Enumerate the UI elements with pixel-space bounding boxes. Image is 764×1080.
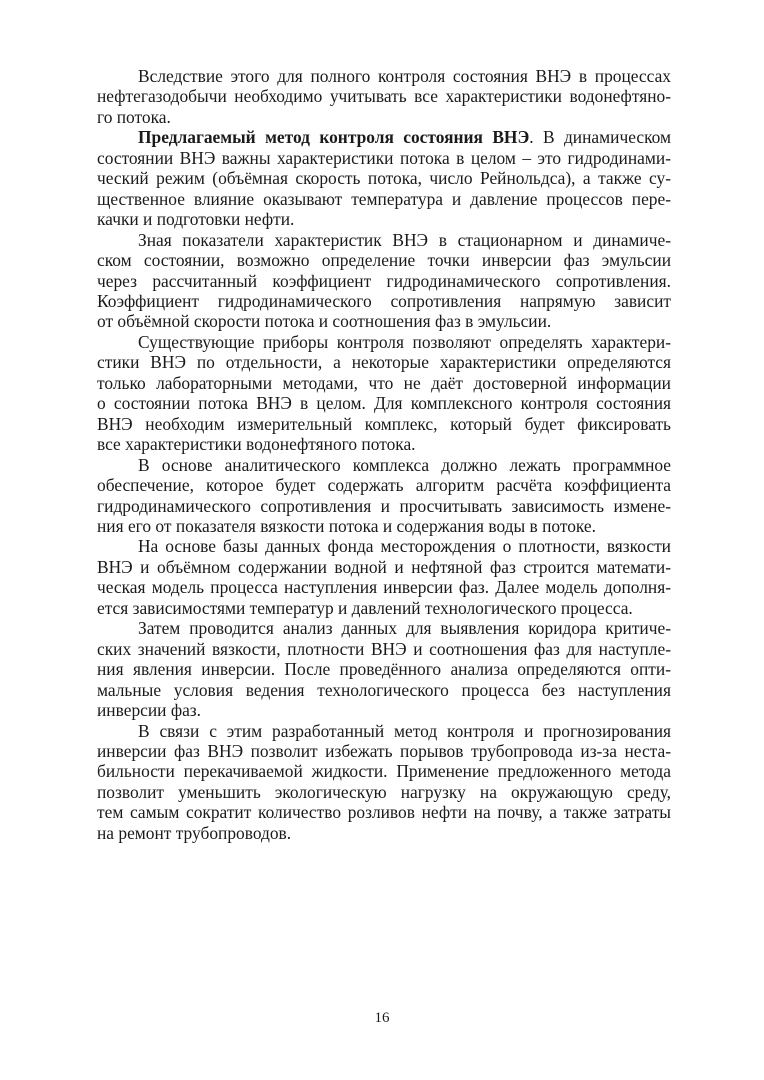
section-heading: Предлагаемый метод контроля состояния ВН… <box>138 127 529 147</box>
text-line: ском состоянии, возможно определение точ… <box>97 250 671 270</box>
text-line: инверсии фаз. <box>97 700 671 720</box>
text-line: состоянии ВНЭ важны характеристики поток… <box>97 148 671 168</box>
text-line: бильности перекачиваемой жидкости. Приме… <box>97 761 671 781</box>
text-line: го потока. <box>97 107 671 127</box>
text-line: ния явления инверсии. После проведённого… <box>97 659 671 679</box>
text-line: тем самым сократит количество розливов н… <box>97 802 671 822</box>
text-line: стики ВНЭ по отдельности, а некоторые ха… <box>97 352 671 372</box>
text-line: Предлагаемый метод контроля состояния ВН… <box>97 127 671 147</box>
text-line: щественное влияние оказывают температура… <box>97 189 671 209</box>
text-line: ется зависимостями температур и давлений… <box>97 598 671 618</box>
text-line: ВНЭ необходим измерительный комплекс, ко… <box>97 414 671 434</box>
page-number: 16 <box>0 1010 764 1027</box>
text-line: Существующие приборы контроля позволяют … <box>97 332 671 352</box>
paragraph-5: В основе аналитического комплекса должно… <box>97 455 671 537</box>
paragraph-1: Вследствие этого для полного контроля со… <box>97 66 671 127</box>
text-line: от объёмной скорости потока и соотношени… <box>97 311 671 331</box>
text-line: инверсии фаз ВНЭ позволит избежать порыв… <box>97 741 671 761</box>
text-fragment: . В динамическом <box>529 127 671 147</box>
text-line: позволит уменьшить экологическую нагрузк… <box>97 782 671 802</box>
page-body: Вследствие этого для полного контроля со… <box>97 66 671 843</box>
text-line: ческая модель процесса наступления инвер… <box>97 577 671 597</box>
text-line: на ремонт трубопроводов. <box>97 823 671 843</box>
text-line: ния его от показателя вязкости потока и … <box>97 516 671 536</box>
text-line: В основе аналитического комплекса должно… <box>97 455 671 475</box>
text-line: мальные условия ведения технологического… <box>97 680 671 700</box>
text-line: ческий режим (объёмная скорость потока, … <box>97 168 671 188</box>
text-line: все характеристики водонефтяного потока. <box>97 434 671 454</box>
paragraph-4: Существующие приборы контроля позволяют … <box>97 332 671 455</box>
text-line: о состоянии потока ВНЭ в целом. Для комп… <box>97 393 671 413</box>
paragraph-8: В связи с этим разработанный метод контр… <box>97 721 671 844</box>
text-line: только лабораторными методами, что не да… <box>97 373 671 393</box>
text-line: ВНЭ и объёмном содержании водной и нефтя… <box>97 557 671 577</box>
text-line: Затем проводится анализ данных для выявл… <box>97 618 671 638</box>
paragraph-6: На основе базы данных фонда месторождени… <box>97 536 671 618</box>
text-line: ских значений вязкости, плотности ВНЭ и … <box>97 639 671 659</box>
text-line: Вследствие этого для полного контроля со… <box>97 66 671 86</box>
text-line: Зная показатели характеристик ВНЭ в стац… <box>97 230 671 250</box>
text-line: На основе базы данных фонда месторождени… <box>97 536 671 556</box>
text-line: нефтегазодобычи необходимо учитывать все… <box>97 86 671 106</box>
paragraph-2: Предлагаемый метод контроля состояния ВН… <box>97 127 671 229</box>
text-line: качки и подготовки нефти. <box>97 209 671 229</box>
text-line: через рассчитанный коэффициент гидродина… <box>97 271 671 291</box>
paragraph-7: Затем проводится анализ данных для выявл… <box>97 618 671 720</box>
text-line: гидродинамического сопротивления и просч… <box>97 496 671 516</box>
text-line: В связи с этим разработанный метод контр… <box>97 721 671 741</box>
text-line: Коэффициент гидродинамического сопротивл… <box>97 291 671 311</box>
paragraph-3: Зная показатели характеристик ВНЭ в стац… <box>97 230 671 332</box>
text-line: обеспечение, которое будет содержать алг… <box>97 475 671 495</box>
